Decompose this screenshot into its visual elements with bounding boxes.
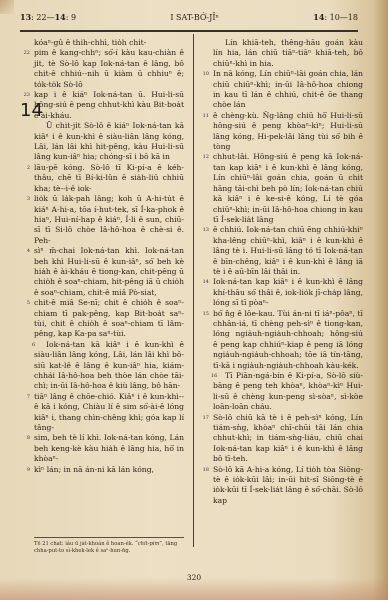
verse-block: 13ê chhiú. Iok-ná-tan chiū ēng chhiú-khi…: [213, 225, 363, 277]
verse-block: 5chit-ê miâ Se-nī; chit ê chio̍h ê soaⁿ-…: [34, 298, 184, 340]
verse-number: 11: [199, 111, 209, 121]
verse-block: 9kìⁿ lán; in nā án-ni kā lán kóng,: [34, 465, 184, 475]
verse-block: 7tiāⁿ lâng ê chōe-chió. Kiâⁿ i ê kun-khì…: [34, 392, 184, 434]
left-chapter-range: 13: 22—14: 9: [20, 12, 76, 22]
verse-number: 22: [20, 48, 30, 58]
verse-block: 3lio̍k ū la̍k-pah lâng; koh ū A-hi-tu̍t …: [34, 194, 184, 246]
verse-block: Ū chit-ji̍t Sò-lô ê kiáⁿ Iok-ná-tan kā k…: [34, 121, 184, 163]
verse-number: 13: [199, 225, 209, 235]
verse-block: 8sim, beh tè lí khì. Iok-ná-tan kóng, Lá…: [34, 433, 184, 464]
right-chapter-range: 14: 10—18: [313, 12, 358, 22]
verse-number: 5: [20, 298, 30, 308]
verse-block: kóaⁿ-gû ê thih-chhì, tio̍h chit-: [34, 38, 184, 48]
verse-number: 17: [199, 413, 209, 423]
footnote-rule: [34, 537, 184, 538]
right-column: Lín khiā-teh, thêng-hāu goán kàu lín hia…: [213, 38, 363, 506]
verse-block: 10In nā kóng, Lín chiūⁿ-lâi goán chia, l…: [213, 69, 363, 111]
verse-number: 6: [20, 340, 30, 350]
verse-block: 4sìⁿ m̄-chai Iok-ná-tan khì. Iok-ná-tan …: [34, 246, 184, 298]
verse-number: 7: [20, 392, 30, 402]
verse-block: 6Iok-ná-tan kā kiâⁿ i ê kun-khì ê siàu-l…: [34, 340, 184, 392]
verse-block: 17Sò-lô chiū kā tè i ê peh-sìⁿ kóng, Lín…: [213, 413, 363, 465]
left-column: kóaⁿ-gû ê thih-chhì, tio̍h chit- 22pim ê…: [34, 38, 184, 475]
verse-block: 15bó͘ n̂g ê lôe-kau. Tùi án-ni tī iáⁿ-pô…: [213, 309, 363, 371]
verse-number: 23: [20, 90, 30, 100]
verse-block: 22pim ê kang-chhⁿ; só͘-í kàu kau-chiàn ê…: [34, 48, 184, 90]
verse-block: Lín khiā-teh, thêng-hāu goán kàu lín hia…: [213, 38, 363, 69]
verse-block: 23kap i ê kiáⁿ Iok-ná-tan ū. Hui-li-sū h…: [34, 90, 184, 121]
running-header: 13: 22—14: 9 I SAT-BÓ͘-JĪⁿ 14: 10—18: [20, 12, 358, 24]
verse-number: 3: [20, 194, 30, 204]
column-divider: [193, 34, 194, 547]
verse-number: 10: [199, 69, 209, 79]
verse-block: 12chhut-lâi. Hông-siú ê peng kā Iok-ná-t…: [213, 152, 363, 225]
verse-block: 14Iok-ná-tan kap kiâⁿ i ê kun-khì ê lâng…: [213, 277, 363, 308]
verse-number: 8: [20, 433, 30, 443]
verse-number: 4: [20, 246, 30, 256]
verse-number: 16: [199, 371, 209, 381]
header-rule: [20, 30, 358, 32]
verse-block: 11ê chèng-kù. N̂g-lâng chiū hō͘ Hui-li-s…: [213, 111, 363, 153]
verse-number: 14: [199, 277, 209, 287]
verse-number: 9: [20, 465, 30, 475]
verse-block: 18Sò-lô kā A-hi-a kóng, Lí tio̍h tòa Siō…: [213, 465, 363, 507]
footnote: Tē 21 chat: iáu ū ja̍t-khoán ê hoan-e̍k.…: [34, 541, 186, 555]
verse-block: 2lāu-pē kóng. Sò-lô tī Ki-pí-a ê kéh-thâ…: [34, 163, 184, 194]
verse-number: 18: [199, 465, 209, 475]
page-number: 320: [0, 573, 388, 582]
verse-number: 12: [199, 152, 209, 162]
verse-number: 15: [199, 309, 209, 319]
verse-number: 2: [20, 163, 30, 173]
verse-block: 16Tī Piān-ngá-bín ê Ki-pí-a, Sò-lô siù-b…: [213, 371, 363, 413]
book-title: I SAT-BÓ͘-JĪⁿ: [170, 13, 219, 22]
book-page: 13: 22—14: 9 I SAT-BÓ͘-JĪⁿ 14: 10—18 14 …: [0, 0, 388, 600]
